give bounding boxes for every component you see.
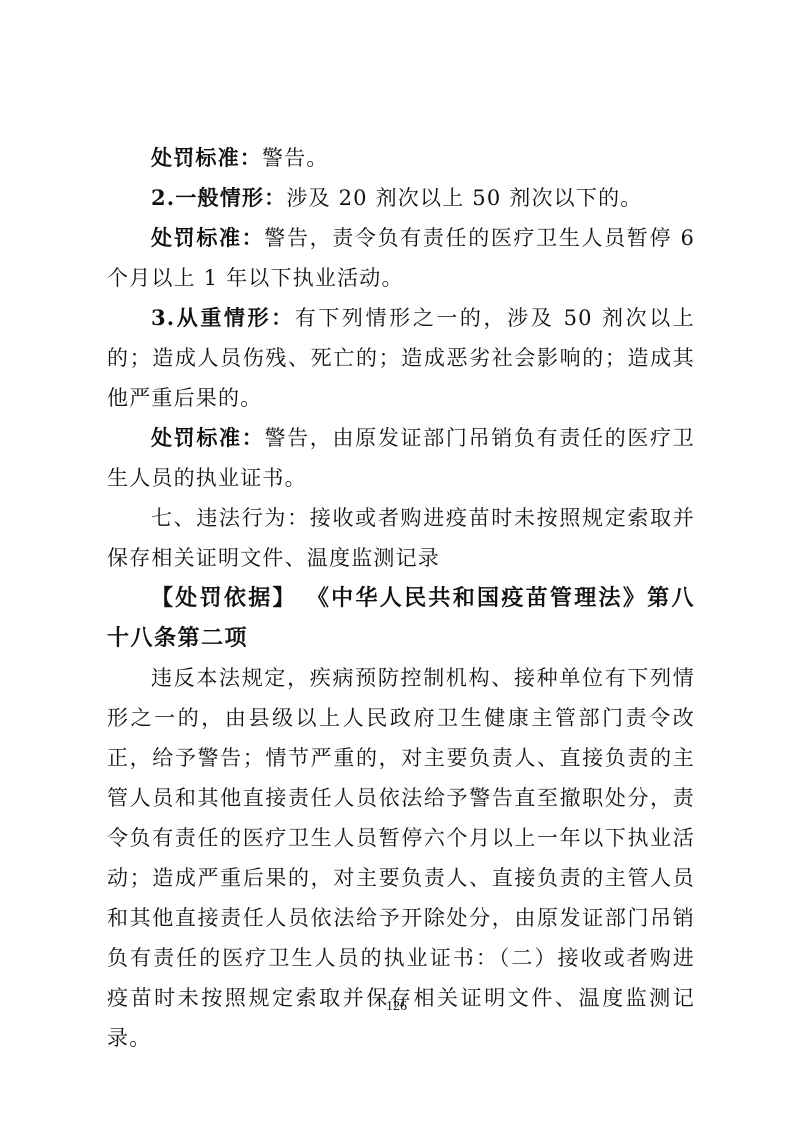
text: 涉及 20 剂次以上 50 剂次以下的。 bbox=[286, 186, 642, 210]
penalty-basis-text: 违反本法规定，疾病预防控制机构、接种单位有下列情形之一的，由县级以上人民政府卫生… bbox=[107, 658, 695, 1058]
penalty-standard-warning: 处罚标准：警告。 bbox=[107, 138, 695, 178]
label: 处罚标准： bbox=[151, 425, 264, 450]
label: 2.一般情形： bbox=[151, 185, 286, 210]
label: 处罚标准： bbox=[151, 225, 264, 250]
violation-heading: 七、违法行为：接收或者购进疫苗时未按照规定索取并保存相关证明文件、温度监测记录 bbox=[107, 498, 695, 578]
document-page: 处罚标准：警告。 2.一般情形：涉及 20 剂次以上 50 剂次以下的。 处罚标… bbox=[107, 138, 695, 1058]
penalty-standard-general: 处罚标准：警告，责令负有责任的医疗卫生人员暂停 6 个月以上 1 年以下执业活动… bbox=[107, 218, 695, 298]
penalty-basis-heading: 【处罚依据】 《中华人民共和国疫苗管理法》第八十八条第二项 bbox=[107, 578, 695, 658]
page-number: 126 bbox=[0, 999, 793, 1015]
label: 处罚标准： bbox=[151, 145, 262, 170]
label: 3.从重情形： bbox=[151, 305, 295, 330]
aggravated-circumstance: 3.从重情形：有下列情形之一的，涉及 50 剂次以上的；造成人员伤残、死亡的；造… bbox=[107, 298, 695, 418]
penalty-standard-aggravated: 处罚标准：警告，由原发证部门吊销负有责任的医疗卫生人员的执业证书。 bbox=[107, 418, 695, 498]
text: 警告。 bbox=[262, 146, 329, 170]
general-circumstance: 2.一般情形：涉及 20 剂次以上 50 剂次以下的。 bbox=[107, 178, 695, 218]
